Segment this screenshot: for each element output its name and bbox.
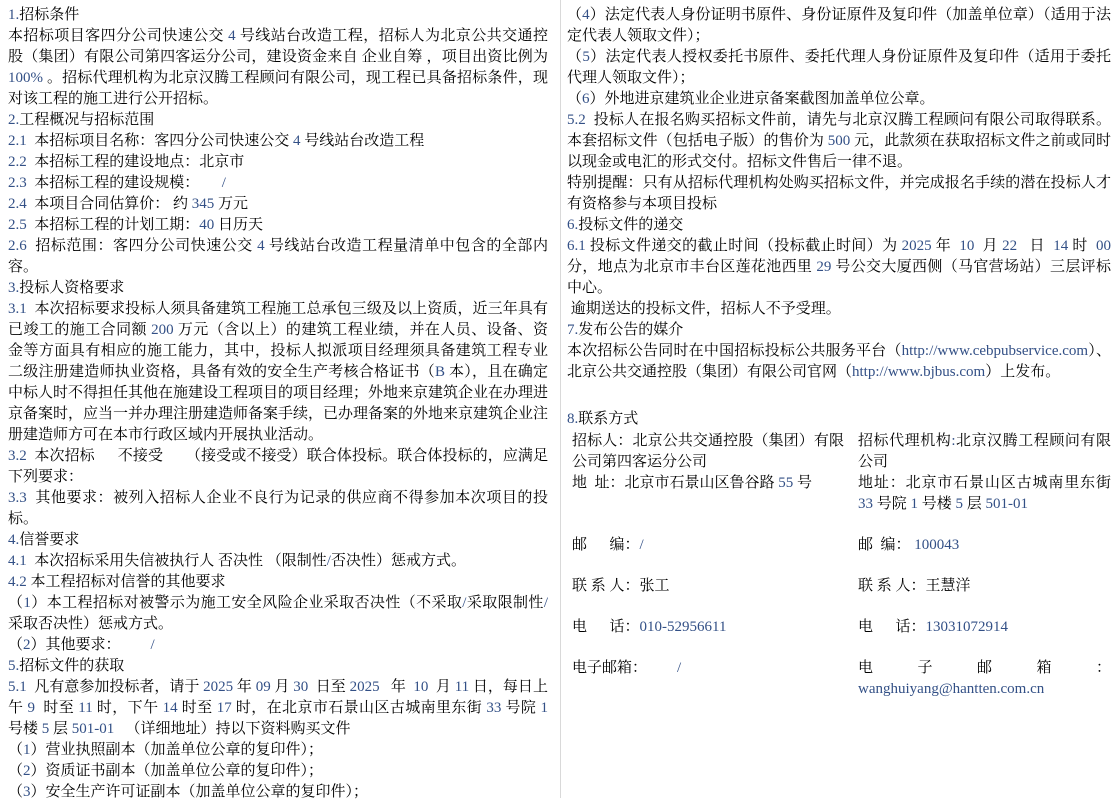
agency-name: 招标代理机构:北京汉腾工程顾问有限公司 bbox=[858, 431, 1111, 473]
paragraph: 本次招标公告同时在中国招标投标公共服务平台（http://www.cebpubs… bbox=[567, 341, 1111, 383]
paragraph: 5.2 投标人在报名购买招标文件前，请先与北京汉腾工程顾问有限公司取得联系。本套… bbox=[567, 110, 1111, 173]
paragraph: （5）法定代表人授权委托书原件、委托代理人身份证原件及复印件（适用于委托代理人领… bbox=[567, 47, 1111, 89]
paragraph: 逾期送达的投标文件，招标人不予受理。 bbox=[567, 299, 1111, 320]
contact-table: 招标人：北京公共交通控股（集团）有限公司第四客运分公司 招标代理机构:北京汉腾工… bbox=[567, 431, 1111, 700]
paragraph: 4.2 本工程招标对信誉的其他要求 bbox=[8, 572, 548, 593]
paragraph: 2.工程概况与招标范围 bbox=[8, 110, 548, 131]
bidder-contact-person: 联 系 人：张工 bbox=[572, 576, 844, 597]
bidder-address: 地 址：北京市石景山区鲁谷路 55 号 bbox=[572, 473, 844, 515]
paragraph: 5.招标文件的获取 bbox=[8, 656, 548, 677]
paragraph: 特别提醒：只有从招标代理机构处购买招标文件，并完成报名手续的潜在投标人才有资格参… bbox=[567, 173, 1111, 215]
paragraph: 3.3 其他要求：被列入招标人企业不良行为记录的供应商不得参加本次项目的投标。 bbox=[8, 488, 548, 530]
paragraph: （1）营业执照副本（加盖单位公章的复印件）； bbox=[8, 740, 548, 761]
paragraph: 2.6 招标范围：客四分公司快速公交 4 号线站台改造工程量清单中包含的全部内容… bbox=[8, 236, 548, 278]
right-column: （4）法定代表人身份证明书原件、身份证原件及复印件（加盖单位章）（适用于法定代表… bbox=[567, 5, 1111, 700]
agency-phone: 电 话：13031072914 bbox=[858, 617, 1111, 638]
left-column: 1.招标条件本招标项目客四分公司快速公交 4 号线站台改造工程，招标人为北京公共… bbox=[8, 5, 548, 803]
contacts-heading: 8.联系方式 bbox=[567, 409, 1111, 430]
bidder-name: 招标人：北京公共交通控股（集团）有限公司第四客运分公司 bbox=[572, 431, 844, 473]
paragraph: 2.1 本招标项目名称：客四分公司快速公交 4 号线站台改造工程 bbox=[8, 131, 548, 152]
column-divider bbox=[560, 0, 561, 798]
tender-notice-document: 1.招标条件本招标项目客四分公司快速公交 4 号线站台改造工程，招标人为北京公共… bbox=[0, 0, 1117, 804]
paragraph: 2.3 本招标工程的建设规模： / bbox=[8, 173, 548, 194]
paragraph: 3.1 本次招标要求投标人须具备建筑工程施工总承包三级及以上资质，近三年具有已竣… bbox=[8, 299, 548, 446]
paragraph: （6）外地进京建筑业企业进京备案截图加盖单位公章。 bbox=[567, 89, 1111, 110]
agency-address: 地址：北京市石景山区古城南里东街 33 号院 1 号楼 5 层 501-01 bbox=[858, 473, 1111, 515]
paragraph: 6.投标文件的递交 bbox=[567, 215, 1111, 236]
paragraph: 2.2 本招标工程的建设地点：北京市 bbox=[8, 152, 548, 173]
paragraph: 5.1 凡有意参加投标者，请于 2025 年 09 月 30 日至 2025 年… bbox=[8, 677, 548, 740]
paragraph: 4.信誉要求 bbox=[8, 530, 548, 551]
agency-contact-person: 联 系 人：王慧洋 bbox=[858, 576, 1111, 597]
paragraph: 3.2 本次招标 不接受 （接受或不接受）联合体投标。联合体投标的，应满足下列要… bbox=[8, 446, 548, 488]
paragraph: 1.招标条件 bbox=[8, 5, 548, 26]
agency-postcode: 邮 编： 100043 bbox=[858, 535, 1111, 556]
paragraph: （2）其他要求： / bbox=[8, 635, 548, 656]
paragraph: （4）法定代表人身份证明书原件、身份证原件及复印件（加盖单位章）（适用于法定代表… bbox=[567, 5, 1111, 47]
paragraph: 本招标项目客四分公司快速公交 4 号线站台改造工程，招标人为北京公共交通控股（集… bbox=[8, 26, 548, 110]
paragraph: 7.发布公告的媒介 bbox=[567, 320, 1111, 341]
bidder-postcode: 邮 编：/ bbox=[572, 535, 844, 556]
bidder-phone: 电 话：010-52956611 bbox=[572, 617, 844, 638]
paragraph: 6.1 投标文件递交的截止时间（投标截止时间）为 2025 年 10 月 22 … bbox=[567, 236, 1111, 299]
paragraph: 4.1 本次招标采用失信被执行人 否决性 （限制性/否决性）惩戒方式。 bbox=[8, 551, 548, 572]
right-paragraphs: （4）法定代表人身份证明书原件、身份证原件及复印件（加盖单位章）（适用于法定代表… bbox=[567, 5, 1111, 383]
paragraph: （2）资质证书副本（加盖单位公章的复印件）； bbox=[8, 761, 548, 782]
paragraph: 2.4 本项目合同估算价： 约 345 万元 bbox=[8, 194, 548, 215]
paragraph: 2.5 本招标工程的计划工期：40 日历天 bbox=[8, 215, 548, 236]
bidder-email: 电子邮箱： / bbox=[572, 658, 844, 700]
paragraph: （1）本工程招标对被警示为施工安全风险企业采取否决性（不采取/采取限制性/采取否… bbox=[8, 593, 548, 635]
agency-email: 电子邮箱：wanghuiyang@hantten.com.cn bbox=[858, 658, 1111, 700]
paragraph: （3）安全生产许可证副本（加盖单位公章的复印件）； bbox=[8, 782, 548, 803]
paragraph: 3.投标人资格要求 bbox=[8, 278, 548, 299]
